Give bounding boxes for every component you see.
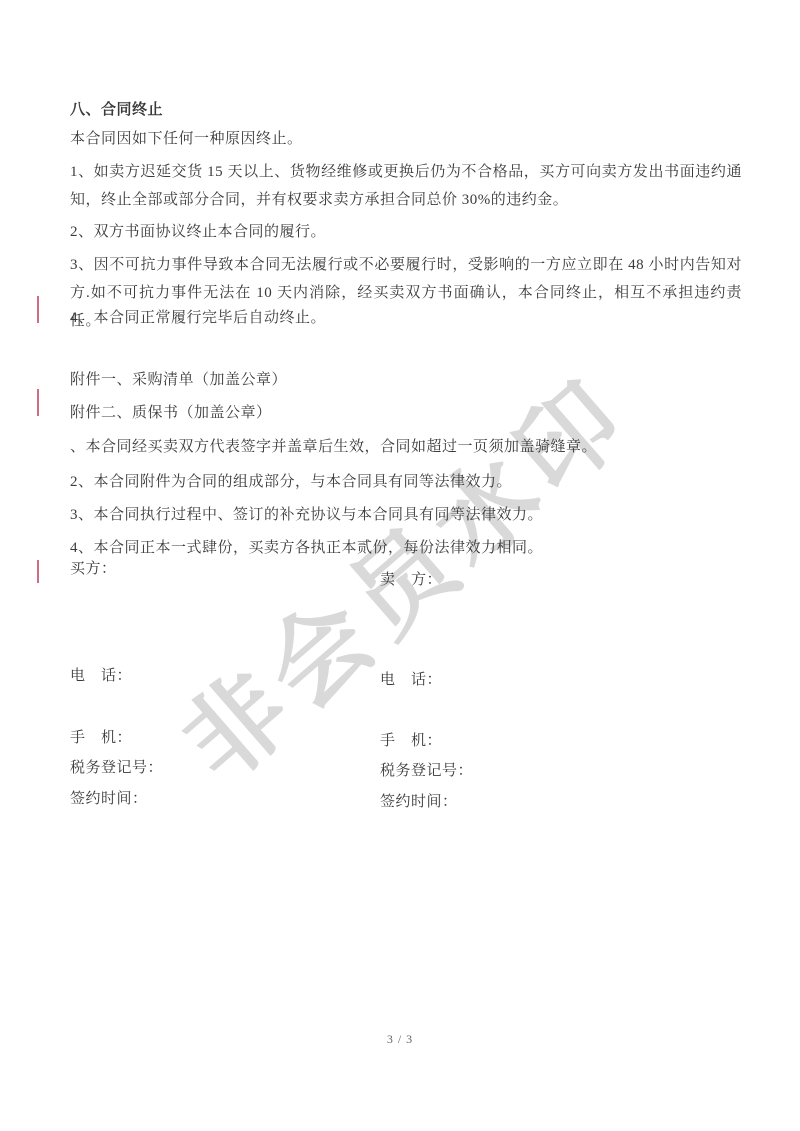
seller-phone-label: 电 话：: [380, 666, 442, 694]
attachment-1: 附件一、采购清单（加盖公章）: [70, 366, 742, 394]
effect-clause-1: 、本合同经买卖双方代表签字并盖章后生效，合同如超过一页须加盖骑缝章。: [70, 433, 742, 461]
effect-clause-4: 4、本合同正本一式肆份，买卖方各执正本贰份，每份法律效力相同。: [70, 534, 742, 562]
seller-label: 卖 方：: [380, 566, 442, 594]
attachment-2: 附件二、质保书（加盖公章）: [70, 399, 742, 427]
effect-clause-3: 3、本合同执行过程中、签订的补充协议与本合同具有同等法律效力。: [70, 501, 742, 529]
section-intro: 本合同因如下任何一种原因终止。: [70, 125, 742, 153]
termination-clause-1: 1、如卖方迟延交货 15 天以上、货物经维修或更换后仍为不合格品，买方可向卖方发…: [70, 158, 742, 214]
revision-mark-1: [37, 296, 39, 323]
seller-mobile-label: 手 机：: [380, 727, 442, 755]
seller-tax-id-label: 税务登记号：: [380, 757, 473, 785]
revision-mark-3: [37, 560, 39, 583]
buyer-tax-id-label: 税务登记号：: [70, 754, 163, 782]
effect-clause-2: 2、本合同附件为合同的组成部分，与本合同具有同等法律效力。: [70, 468, 742, 496]
page-number: 3 / 3: [0, 1031, 800, 1047]
contract-content: 八、合同终止 本合同因如下任何一种原因终止。 1、如卖方迟延交货 15 天以上、…: [0, 0, 800, 1131]
termination-clause-4: 4、本合同正常履行完毕后自动终止。: [70, 304, 742, 332]
buyer-phone-label: 电 话：: [70, 662, 132, 690]
revision-mark-2: [37, 389, 39, 416]
section-heading: 八、合同终止: [70, 96, 742, 124]
buyer-label: 买方：: [70, 555, 117, 583]
contract-page: 非会员水印 八、合同终止 本合同因如下任何一种原因终止。 1、如卖方迟延交货 1…: [0, 0, 800, 1131]
termination-clause-2: 2、双方书面协议终止本合同的履行。: [70, 218, 742, 246]
buyer-mobile-label: 手 机：: [70, 724, 132, 752]
seller-sign-time-label: 签约时间：: [380, 788, 458, 816]
buyer-sign-time-label: 签约时间：: [70, 785, 148, 813]
